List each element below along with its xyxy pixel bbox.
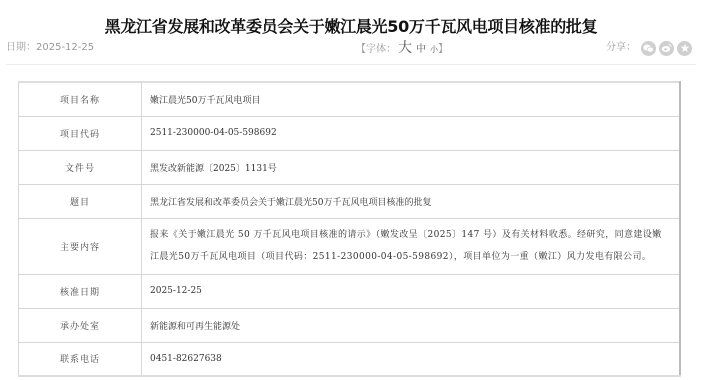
publish-date: 日期：2025-12-25 [6, 38, 94, 58]
table-row-subject: 题目 黑龙江省发展和改革委员会关于嫩江晨光50万千瓦风电项目核准的批复 [19, 184, 681, 218]
table-row-document-number: 文件号 黑发改新能源〔2025〕1131号 [19, 150, 681, 184]
row-value: 报来《关于嫩江晨光 50 万千瓦风电项目核准的请示》（嫩发改呈〔2025〕147… [142, 218, 681, 274]
row-value: 新能源和可再生能源处 [142, 308, 681, 342]
row-label: 项目代码 [19, 116, 142, 150]
date-value: 2025-12-25 [36, 42, 94, 53]
font-size-medium-button[interactable]: 中 [416, 44, 426, 55]
row-label: 联系电话 [19, 342, 142, 376]
row-value: 2025-12-25 [142, 274, 681, 308]
row-value: 黑发改新能源〔2025〕1131号 [142, 150, 681, 184]
row-value: 嫩江晨光50万千瓦风电项目 [142, 82, 681, 116]
table-row-project-name: 项目名称 嫩江晨光50万千瓦风电项目 [19, 82, 681, 116]
table-row-approval-date: 核准日期 2025-12-25 [19, 274, 681, 308]
favorite-icon[interactable] [677, 41, 692, 56]
row-label: 核准日期 [19, 274, 142, 308]
table-row-contact-phone: 联系电话 0451-82627638 [19, 342, 681, 376]
font-size-small-button[interactable]: 小 [430, 45, 438, 54]
row-label: 题目 [19, 184, 142, 218]
row-value: 0451-82627638 [142, 342, 681, 376]
date-label: 日期： [6, 42, 36, 53]
font-label-close: 】 [438, 44, 448, 55]
project-info-table: 项目名称 嫩江晨光50万千瓦风电项目 项目代码 2511-230000-04-0… [18, 81, 681, 377]
table-row-main-content: 主要内容 报来《关于嫩江晨光 50 万千瓦风电项目核准的请示》（嫩发改呈〔202… [19, 218, 681, 274]
row-label: 文件号 [19, 150, 142, 184]
table-row-project-code: 项目代码 2511-230000-04-05-598692 [19, 116, 681, 150]
page-title: 黑龙江省发展和改革委员会关于嫩江晨光50万千瓦风电项目核准的批复 [0, 16, 702, 38]
row-label: 主要内容 [19, 218, 142, 274]
row-label: 项目名称 [19, 82, 142, 116]
row-value: 黑龙江省发展和改革委员会关于嫩江晨光50万千瓦风电项目核准的批复 [142, 184, 681, 218]
weibo-icon[interactable] [659, 41, 674, 56]
wechat-icon[interactable] [641, 41, 656, 56]
share-label: 分享： [606, 38, 636, 58]
row-label: 承办处室 [19, 308, 142, 342]
header-divider [6, 64, 696, 65]
meta-bar: 日期：2025-12-25 【字体：大中小】 分享： [6, 38, 696, 58]
table-row-handling-office: 承办处室 新能源和可再生能源处 [19, 308, 681, 342]
font-label-open: 【字体： [356, 44, 396, 55]
font-size-selector: 【字体：大中小】 [356, 38, 448, 60]
row-value: 2511-230000-04-05-598692 [142, 116, 681, 150]
font-size-large-button[interactable]: 大 [398, 40, 412, 56]
share-bar: 分享： [606, 38, 692, 58]
